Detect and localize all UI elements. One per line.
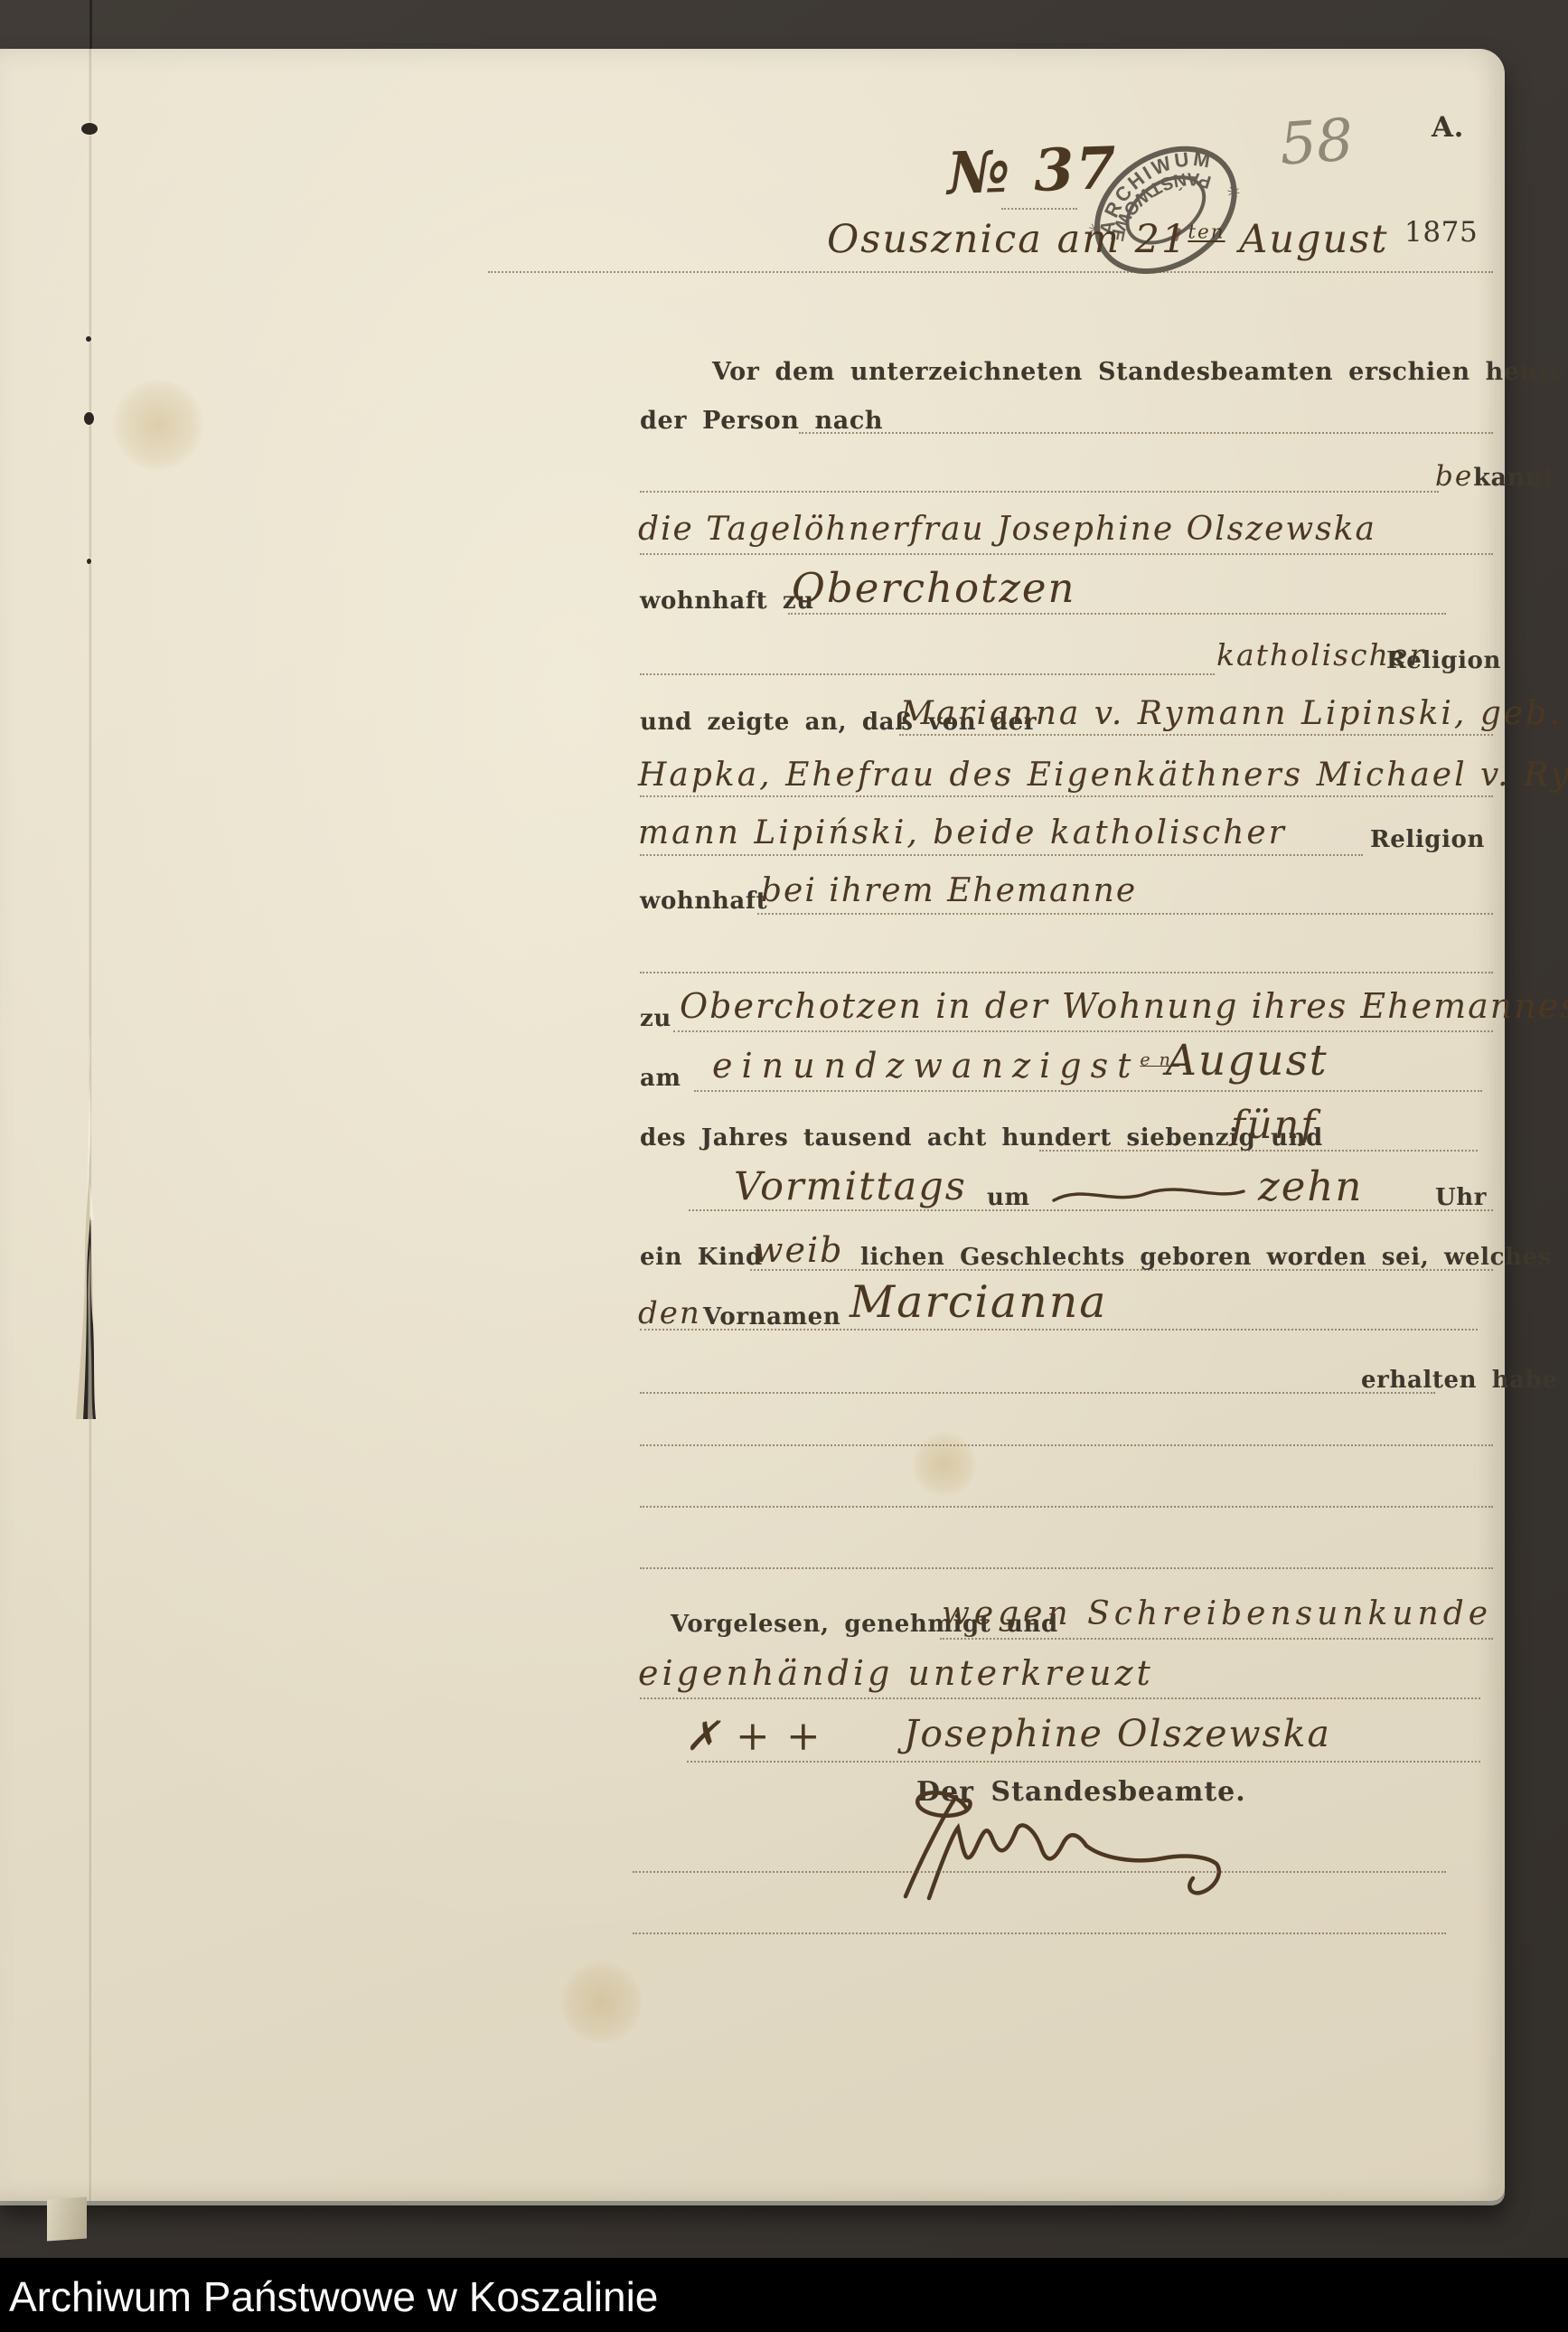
dotted-rule bbox=[640, 1392, 1435, 1394]
sex-hand: weib bbox=[754, 1233, 844, 1267]
child-firstname-hand: Marcianna bbox=[850, 1280, 1107, 1324]
time-of-day-hand: Vormittags bbox=[734, 1168, 967, 1207]
stamp-star-icon: ✳ bbox=[1223, 181, 1244, 204]
paper-tear bbox=[63, 1035, 119, 1419]
paper-stain bbox=[913, 1433, 976, 1496]
mother-name-hand: Marianna v. Rymann Lipinski, geb. bbox=[900, 698, 1563, 730]
dotted-rule bbox=[640, 795, 1493, 797]
dotted-rule bbox=[640, 1567, 1493, 1569]
bekannt-line: bekannt bbox=[1435, 463, 1555, 491]
dotted-rule bbox=[640, 1329, 1478, 1331]
year-word-hand: fünf bbox=[1231, 1106, 1317, 1145]
dotted-rule bbox=[640, 1506, 1493, 1508]
dotted-rule bbox=[488, 271, 1493, 273]
stitch-hole bbox=[87, 559, 91, 564]
dotted-rule bbox=[633, 1871, 1446, 1873]
dotted-rule bbox=[640, 673, 1215, 675]
printed-vornamen: Vornamen bbox=[703, 1305, 840, 1329]
residence-hand: Oberchotzen bbox=[792, 568, 1076, 608]
birthday-hand: einundzwanzigsten bbox=[712, 1048, 1179, 1083]
stitch-hole bbox=[81, 123, 98, 135]
binding-crease-top bbox=[89, 0, 92, 49]
record-number: № 37 bbox=[946, 140, 1119, 204]
printed-um: um bbox=[987, 1186, 1030, 1209]
dotted-rule bbox=[640, 1444, 1493, 1446]
pencil-folio-number: 58 bbox=[1278, 111, 1356, 174]
printed-intro-line: Vor dem unterzeichneten Standesbeamten e… bbox=[712, 360, 1568, 384]
paper-stain bbox=[113, 380, 203, 470]
dotted-rule bbox=[640, 553, 1493, 555]
den-hand: den bbox=[638, 1298, 701, 1329]
mother-line3-hand: mann Lipiński, beide katholischer bbox=[638, 817, 1287, 850]
signature-crosses-hand: ✗ + + bbox=[685, 1716, 822, 1756]
form-corner-letter: A. bbox=[1432, 114, 1464, 142]
hand-dash-flourish bbox=[1050, 1180, 1247, 1211]
dotted-rule bbox=[750, 1269, 1493, 1271]
hour-hand: zehn bbox=[1258, 1166, 1363, 1207]
stitch-hole bbox=[86, 336, 91, 342]
printed-wohnhaft-zu: wohnhaft zu bbox=[640, 589, 814, 613]
printed-ein-kind: ein Kind bbox=[640, 1246, 763, 1269]
printed-erhalten-habe: erhalten habe bbox=[1361, 1368, 1558, 1392]
scanned-register-page: ARCHIWUM PAŃSTWOWE ✳ ✳ № 37 58 A. Osuszn… bbox=[0, 0, 1568, 2332]
dotted-rule bbox=[640, 854, 1363, 856]
dotted-rule bbox=[1039, 1150, 1478, 1152]
page-edges-below bbox=[47, 2196, 87, 2241]
printed-uhr: Uhr bbox=[1435, 1186, 1487, 1209]
dotted-rule bbox=[757, 913, 1493, 915]
dotted-rule bbox=[940, 1638, 1493, 1640]
dotted-rule bbox=[694, 1090, 1482, 1092]
printed-wohnhaft: wohnhaft bbox=[640, 889, 767, 913]
printed-sex-continuation: lichen Geschlechts geboren worden sei, w… bbox=[860, 1246, 1552, 1269]
declarant-name-hand: die Tagelöhnerfrau Josephine Olszewska bbox=[638, 513, 1376, 546]
dotted-rule bbox=[899, 734, 1493, 736]
dotted-rule bbox=[788, 613, 1446, 615]
birthplace-hand: Oberchotzen in der Wohnung ihres Ehemann… bbox=[680, 989, 1568, 1023]
dotted-rule bbox=[689, 1209, 1493, 1211]
closing-reason-hand: wegen Schreibensunkunde bbox=[942, 1598, 1492, 1631]
printed-zu: zu bbox=[640, 1007, 671, 1030]
printed-year: 1875 bbox=[1404, 219, 1478, 247]
printed-religion-2: Religion bbox=[1370, 828, 1485, 851]
declarant-signature-name: Josephine Olszewska bbox=[904, 1716, 1331, 1753]
dotted-rule bbox=[633, 1932, 1446, 1934]
printed-person-nach: der Person nach bbox=[640, 409, 883, 433]
closing-line2-hand: eigenhändig unterkreuzt bbox=[638, 1656, 1154, 1690]
dotted-rule bbox=[799, 432, 1493, 434]
birthmonth-hand: August bbox=[1166, 1039, 1329, 1082]
printed-am: am bbox=[640, 1067, 681, 1090]
dotted-rule bbox=[640, 491, 1439, 493]
printed-religion: Religion bbox=[1386, 649, 1501, 672]
registrar-signature bbox=[859, 1788, 1247, 1914]
printed-year-words: des Jahres tausend acht hundert siebenzi… bbox=[640, 1126, 1323, 1150]
mother-line2-hand: Hapka, Ehefrau des Eigenkäthners Michael… bbox=[638, 759, 1568, 792]
paper-stain bbox=[560, 1961, 642, 2043]
dotted-rule bbox=[1001, 208, 1077, 210]
wohnhaft-hand: bei ihrem Ehemanne bbox=[761, 875, 1137, 907]
dotted-rule bbox=[640, 1697, 1480, 1699]
stitch-hole bbox=[84, 412, 94, 425]
archive-caption-bar: Archiwum Państwowe w Koszalinie bbox=[0, 2258, 1568, 2332]
dotted-rule bbox=[640, 972, 1493, 973]
dateline-handwriting: Osusznica am 21ten August bbox=[827, 221, 1389, 259]
archive-name: Archiwum Państwowe w Koszalinie bbox=[9, 2272, 658, 2321]
dotted-rule bbox=[673, 1030, 1493, 1032]
dotted-rule bbox=[687, 1761, 1480, 1763]
